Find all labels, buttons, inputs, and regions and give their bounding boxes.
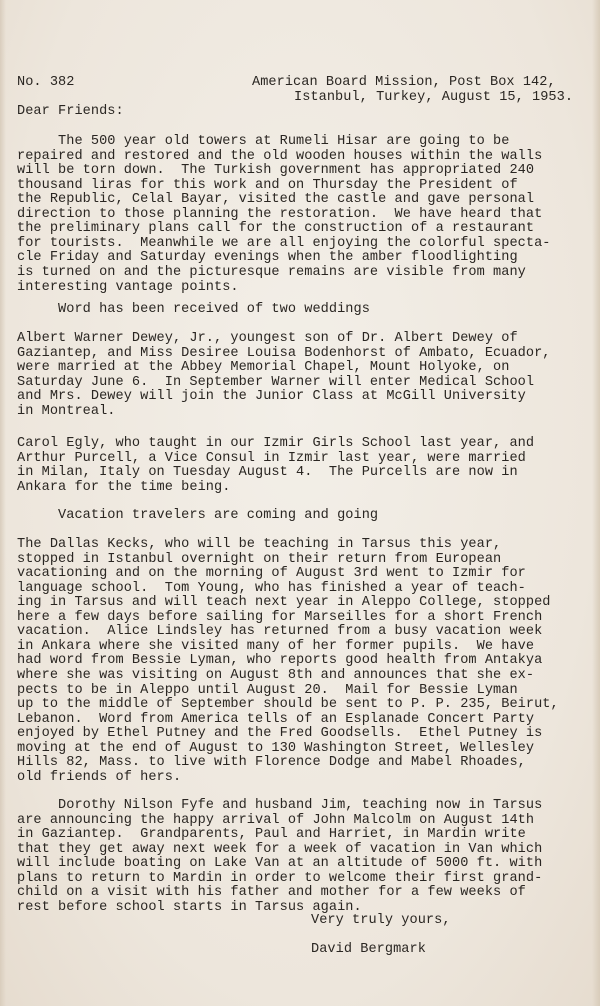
letter-number: No. 382 bbox=[17, 76, 74, 91]
text-line: cle Friday and Saturday evenings when th… bbox=[17, 251, 518, 266]
text-line: moving at the end of August to 130 Washi… bbox=[17, 742, 534, 757]
text-line: The Dallas Kecks, who will be teaching i… bbox=[17, 538, 501, 553]
text-line: vacationing and on the morning of August… bbox=[17, 567, 526, 582]
text-line: Gaziantep, and Miss Desiree Louisa Boden… bbox=[17, 347, 551, 362]
text-line: will include boating on Lake Van at an a… bbox=[17, 857, 542, 872]
text-line: rest before school starts in Tarsus agai… bbox=[17, 901, 362, 916]
text-line: here a few days before sailing for Marse… bbox=[17, 611, 542, 626]
paper-edge-right bbox=[592, 0, 600, 1006]
text-line: had word from Bessie Lyman, who reports … bbox=[17, 654, 542, 669]
text-line: where she was visiting on August 8th and… bbox=[17, 669, 534, 684]
heading-weddings: Word has been received of two weddings bbox=[17, 303, 370, 318]
text-line: the preliminary plans call for the const… bbox=[17, 222, 534, 237]
text-line: Ankara for the time being. bbox=[17, 481, 230, 496]
text-line: Saturday June 6. In September Warner wil… bbox=[17, 376, 534, 391]
text-line: direction to those planning the restorat… bbox=[17, 208, 542, 223]
signature: David Bergmark bbox=[311, 943, 426, 958]
text-line: Hills 82, Mass. to live with Florence Do… bbox=[17, 756, 526, 771]
text-line: that they get away next week for a week … bbox=[17, 843, 542, 858]
paper-edge-left bbox=[0, 0, 6, 1006]
address-line-2: Istanbul, Turkey, August 15, 1953. bbox=[294, 91, 573, 106]
text-line: in Gaziantep. Grandparents, Paul and Har… bbox=[17, 828, 526, 843]
text-line: for tourists. Meanwhile we are all enjoy… bbox=[17, 237, 551, 252]
text-line: The 500 year old towers at Rumeli Hisar … bbox=[17, 135, 509, 150]
text-line: repaired and restored and the old wooden… bbox=[17, 150, 542, 165]
salutation: Dear Friends: bbox=[17, 105, 124, 120]
text-line: in Milan, Italy on Tuesday August 4. The… bbox=[17, 466, 518, 481]
text-line: Lebanon. Word from America tells of an E… bbox=[17, 713, 534, 728]
text-line: is turned on and the picturesque remains… bbox=[17, 266, 526, 281]
text-line: and Mrs. Dewey will join the Junior Clas… bbox=[17, 390, 526, 405]
text-line: enjoyed by Ethel Putney and the Fred Goo… bbox=[17, 727, 542, 742]
letter-page: No. 382 American Board Mission, Post Box… bbox=[0, 0, 600, 1006]
text-line: plans to return to Mardin in order to we… bbox=[17, 872, 542, 887]
text-line: were married at the Abbey Memorial Chape… bbox=[17, 361, 509, 376]
text-line: Albert Warner Dewey, Jr., youngest son o… bbox=[17, 332, 518, 347]
text-line: vacation. Alice Lindsley has returned fr… bbox=[17, 625, 542, 640]
text-line: pects to be in Aleppo until August 20. M… bbox=[17, 684, 518, 699]
text-line: will be torn down. The Turkish governmen… bbox=[17, 164, 534, 179]
text-line: stopped in Istanbul overnight on their r… bbox=[17, 553, 501, 568]
text-line: the Republic, Celal Bayar, visited the c… bbox=[17, 193, 534, 208]
text-line: up to the middle of September should be … bbox=[17, 698, 559, 713]
text-line: Arthur Purcell, a Vice Consul in Izmir l… bbox=[17, 452, 526, 467]
text-line: child on a visit with his father and mot… bbox=[17, 886, 526, 901]
closing: Very truly yours, bbox=[311, 914, 451, 929]
text-line: ing in Tarsus and will teach next year i… bbox=[17, 596, 551, 611]
heading-travelers: Vacation travelers are coming and going bbox=[17, 509, 378, 524]
text-line: Carol Egly, who taught in our Izmir Girl… bbox=[17, 437, 534, 452]
address-line-1: American Board Mission, Post Box 142, bbox=[252, 76, 556, 91]
text-line: in Montreal. bbox=[17, 405, 116, 420]
text-line: language school. Tom Young, who has fini… bbox=[17, 582, 526, 597]
text-line: old friends of hers. bbox=[17, 771, 181, 786]
text-line: are announcing the happy arrival of John… bbox=[17, 814, 534, 829]
text-line: Dorothy Nilson Fyfe and husband Jim, tea… bbox=[17, 799, 542, 814]
text-line: interesting vantage points. bbox=[17, 281, 239, 296]
text-line: in Ankara where she visited many of her … bbox=[17, 640, 534, 655]
text-line: thousand liras for this work and on Thur… bbox=[17, 179, 518, 194]
